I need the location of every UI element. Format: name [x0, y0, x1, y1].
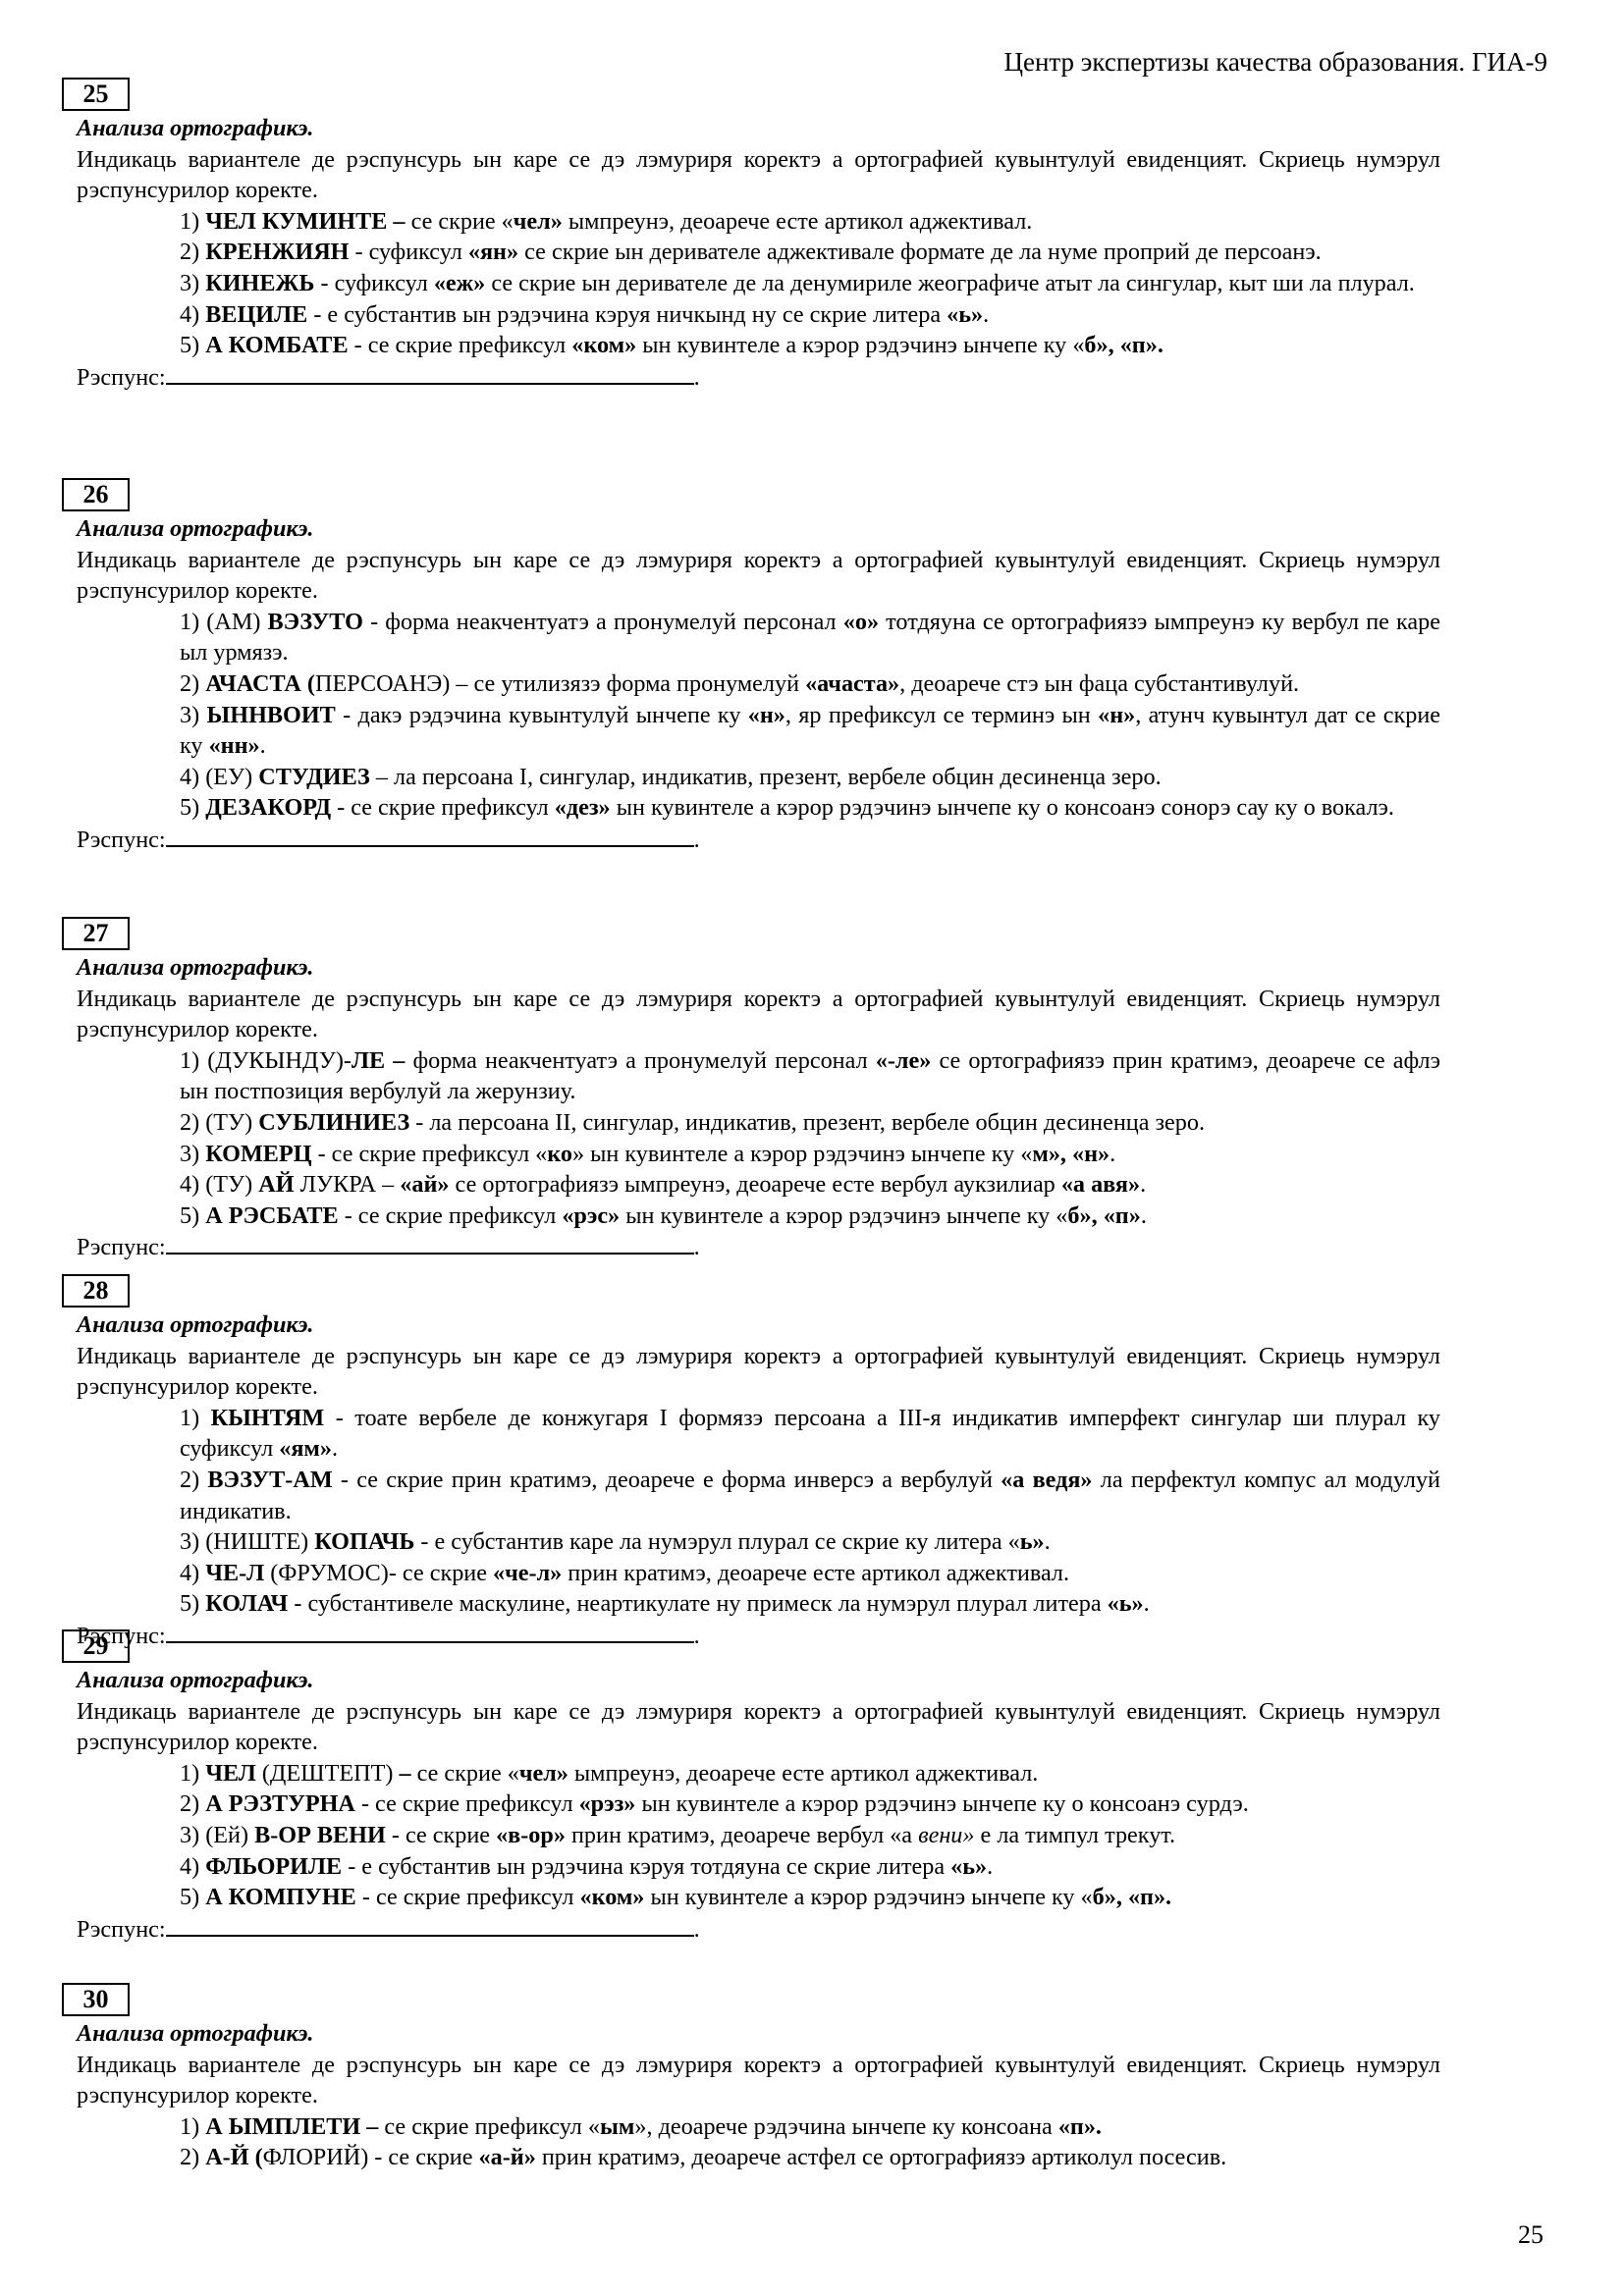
task-instruction: Индикаць вариантеле де рэспунсурь ын кар…: [62, 545, 1440, 607]
answer-label: Рэспунс:: [77, 364, 166, 391]
answer-field[interactable]: [166, 1231, 694, 1255]
task-25: 25Анализа ортографикэ.Индикаць вариантел…: [62, 78, 1440, 393]
option-item: 3) (НИШТЕ) КОПАЧЬ - е субстантив каре ла…: [180, 1526, 1440, 1558]
option-item: 3) КОМЕРЦ - се скрие префиксул «ко» ын к…: [180, 1139, 1440, 1170]
answer-period: .: [694, 1234, 700, 1260]
answer-period: .: [694, 1916, 700, 1943]
option-item: 2) АЧАСТА (ПЕРСОАНЭ) – се утилизязэ форм…: [180, 668, 1440, 700]
option-item: 2) А-Й (ФЛОРИЙ) - се скрие «а-й» прин кр…: [180, 2142, 1440, 2173]
task-heading: Анализа ортографикэ.: [62, 1309, 1440, 1341]
task-number-box: 29: [62, 1629, 130, 1663]
answer-field[interactable]: [166, 361, 694, 385]
answer-period: .: [694, 827, 700, 853]
page-number: 25: [1518, 2220, 1543, 2250]
answer-label: Рэспунс:: [77, 1234, 166, 1260]
option-item: 3) (Ей) В-ОР ВЕНИ - се скрие «в-ор» прин…: [180, 1820, 1440, 1851]
task-heading: Анализа ортографикэ.: [62, 2018, 1440, 2050]
task-number-box: 25: [62, 78, 130, 111]
option-item: 4) ЧЕ-Л (ФРУМОС)- се скрие «че-л» прин к…: [180, 1558, 1440, 1589]
task-heading: Анализа ортографикэ.: [62, 113, 1440, 144]
answer-row: Рэспунс:.: [62, 1231, 1440, 1263]
page-header: Центр экспертизы качества образования. Г…: [1004, 45, 1548, 79]
option-item: 4) (ТУ) АЙ ЛУКРА – «ай» се ортографиязэ …: [180, 1169, 1440, 1201]
task-number-box: 28: [62, 1274, 130, 1308]
answer-row: Рэспунс:.: [62, 1913, 1440, 1946]
option-item: 1) КЫНТЯМ - тоате вербеле де конжугаря I…: [180, 1403, 1440, 1465]
task-instruction: Индикаць вариантеле де рэспунсурь ын кар…: [62, 1341, 1440, 1403]
task-29: 29Анализа ортографикэ.Индикаць вариантел…: [62, 1629, 1440, 1945]
task-instruction: Индикаць вариантеле де рэспунсурь ын кар…: [62, 1696, 1440, 1758]
options-list: 1) А ЫМПЛЕТИ – се скрие префиксул «ым», …: [62, 2111, 1440, 2173]
option-item: 5) КОЛАЧ - субстантивеле маскулине, неар…: [180, 1588, 1440, 1620]
answer-label: Рэспунс:: [77, 827, 166, 853]
answer-period: .: [694, 364, 700, 391]
task-number-box: 30: [62, 1983, 130, 2016]
option-item: 1) ЧЕЛ КУМИНТЕ – се скрие «чел» ымпреунэ…: [180, 206, 1440, 238]
option-item: 1) ЧЕЛ (ДЕШТЕПТ) – се скрие «чел» ымпреу…: [180, 1758, 1440, 1789]
task-heading: Анализа ортографикэ.: [62, 1665, 1440, 1696]
options-list: 1) (АМ) ВЭЗУТО - форма неакчентуатэ а пр…: [62, 607, 1440, 824]
option-item: 5) А РЭСБАТЕ - се скрие префиксул «рэс» …: [180, 1201, 1440, 1232]
answer-row: Рэспунс:.: [62, 361, 1440, 394]
option-item: 5) ДЕЗАКОРД - се скрие префиксул «дез» ы…: [180, 792, 1440, 824]
option-item: 2) (ТУ) СУБЛИНИЕЗ - ла персоана II, синг…: [180, 1107, 1440, 1139]
answer-label: Рэспунс:: [77, 1916, 166, 1943]
option-item: 5) А КОМБАТЕ - се скрие префиксул «ком» …: [180, 330, 1440, 361]
answer-row: Рэспунс:.: [62, 824, 1440, 856]
task-27: 27Анализа ортографикэ.Индикаць вариантел…: [62, 917, 1440, 1263]
options-list: 1) КЫНТЯМ - тоате вербеле де конжугаря I…: [62, 1403, 1440, 1620]
task-number-box: 26: [62, 478, 130, 511]
options-list: 1) ЧЕЛ КУМИНТЕ – се скрие «чел» ымпреунэ…: [62, 206, 1440, 361]
option-item: 2) КРЕНЖИЯН - суфиксул «ян» се скрие ын …: [180, 237, 1440, 268]
option-item: 1) А ЫМПЛЕТИ – се скрие префиксул «ым», …: [180, 2111, 1440, 2143]
option-item: 4) ВЕЦИЛЕ - е субстантив ын рэдэчина кэр…: [180, 299, 1440, 331]
option-item: 1) (ДУКЫНДУ)-ЛЕ – форма неакчентуатэ а п…: [180, 1045, 1440, 1107]
task-heading: Анализа ортографикэ.: [62, 952, 1440, 984]
option-item: 2) ВЭЗУТ-АМ - се скрие прин кратимэ, део…: [180, 1465, 1440, 1526]
task-30: 30Анализа ортографикэ.Индикаць вариантел…: [62, 1983, 1440, 2173]
option-item: 5) А КОМПУНЕ - се скрие префиксул «ком» …: [180, 1882, 1440, 1913]
option-item: 4) ФЛЬОРИЛЕ - е субстантив ын рэдэчина к…: [180, 1851, 1440, 1883]
answer-field[interactable]: [166, 1913, 694, 1937]
task-number-box: 27: [62, 917, 130, 950]
option-item: 2) А РЭЗТУРНА - се скрие префиксул «рэз»…: [180, 1789, 1440, 1820]
options-list: 1) (ДУКЫНДУ)-ЛЕ – форма неакчентуатэ а п…: [62, 1045, 1440, 1232]
option-item: 1) (АМ) ВЭЗУТО - форма неакчентуатэ а пр…: [180, 607, 1440, 668]
task-28: 28Анализа ортографикэ.Индикаць вариантел…: [62, 1274, 1440, 1652]
task-instruction: Индикаць вариантеле де рэспунсурь ын кар…: [62, 2050, 1440, 2111]
option-item: 3) ЫННВОИТ - дакэ рэдэчина кувынтулуй ын…: [180, 700, 1440, 762]
option-item: 3) КИНЕЖЬ - суфиксул «еж» се скрие ын де…: [180, 268, 1440, 299]
task-heading: Анализа ортографикэ.: [62, 513, 1440, 545]
task-instruction: Индикаць вариантеле де рэспунсурь ын кар…: [62, 984, 1440, 1045]
options-list: 1) ЧЕЛ (ДЕШТЕПТ) – се скрие «чел» ымпреу…: [62, 1758, 1440, 1913]
task-26: 26Анализа ортографикэ.Индикаць вариантел…: [62, 478, 1440, 856]
option-item: 4) (ЕУ) СТУДИЕЗ – ла персоана I, сингула…: [180, 762, 1440, 793]
task-instruction: Индикаць вариантеле де рэспунсурь ын кар…: [62, 144, 1440, 206]
answer-field[interactable]: [166, 824, 694, 847]
